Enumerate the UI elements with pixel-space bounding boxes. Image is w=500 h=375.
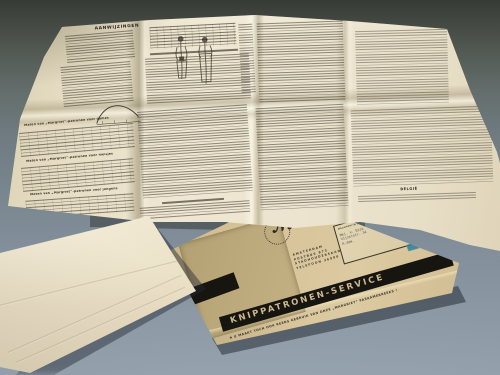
text-block (255, 104, 348, 210)
number-table (149, 23, 236, 49)
text-block (65, 30, 135, 64)
text-block (355, 29, 449, 105)
photo-scene: { "colors": { "surface_top": "#3c423c", … (0, 0, 500, 375)
text-block (145, 53, 251, 104)
text-block (351, 106, 494, 187)
text-block (257, 21, 346, 104)
sleeve-curve-diagram (93, 96, 143, 127)
text-block (137, 104, 253, 199)
